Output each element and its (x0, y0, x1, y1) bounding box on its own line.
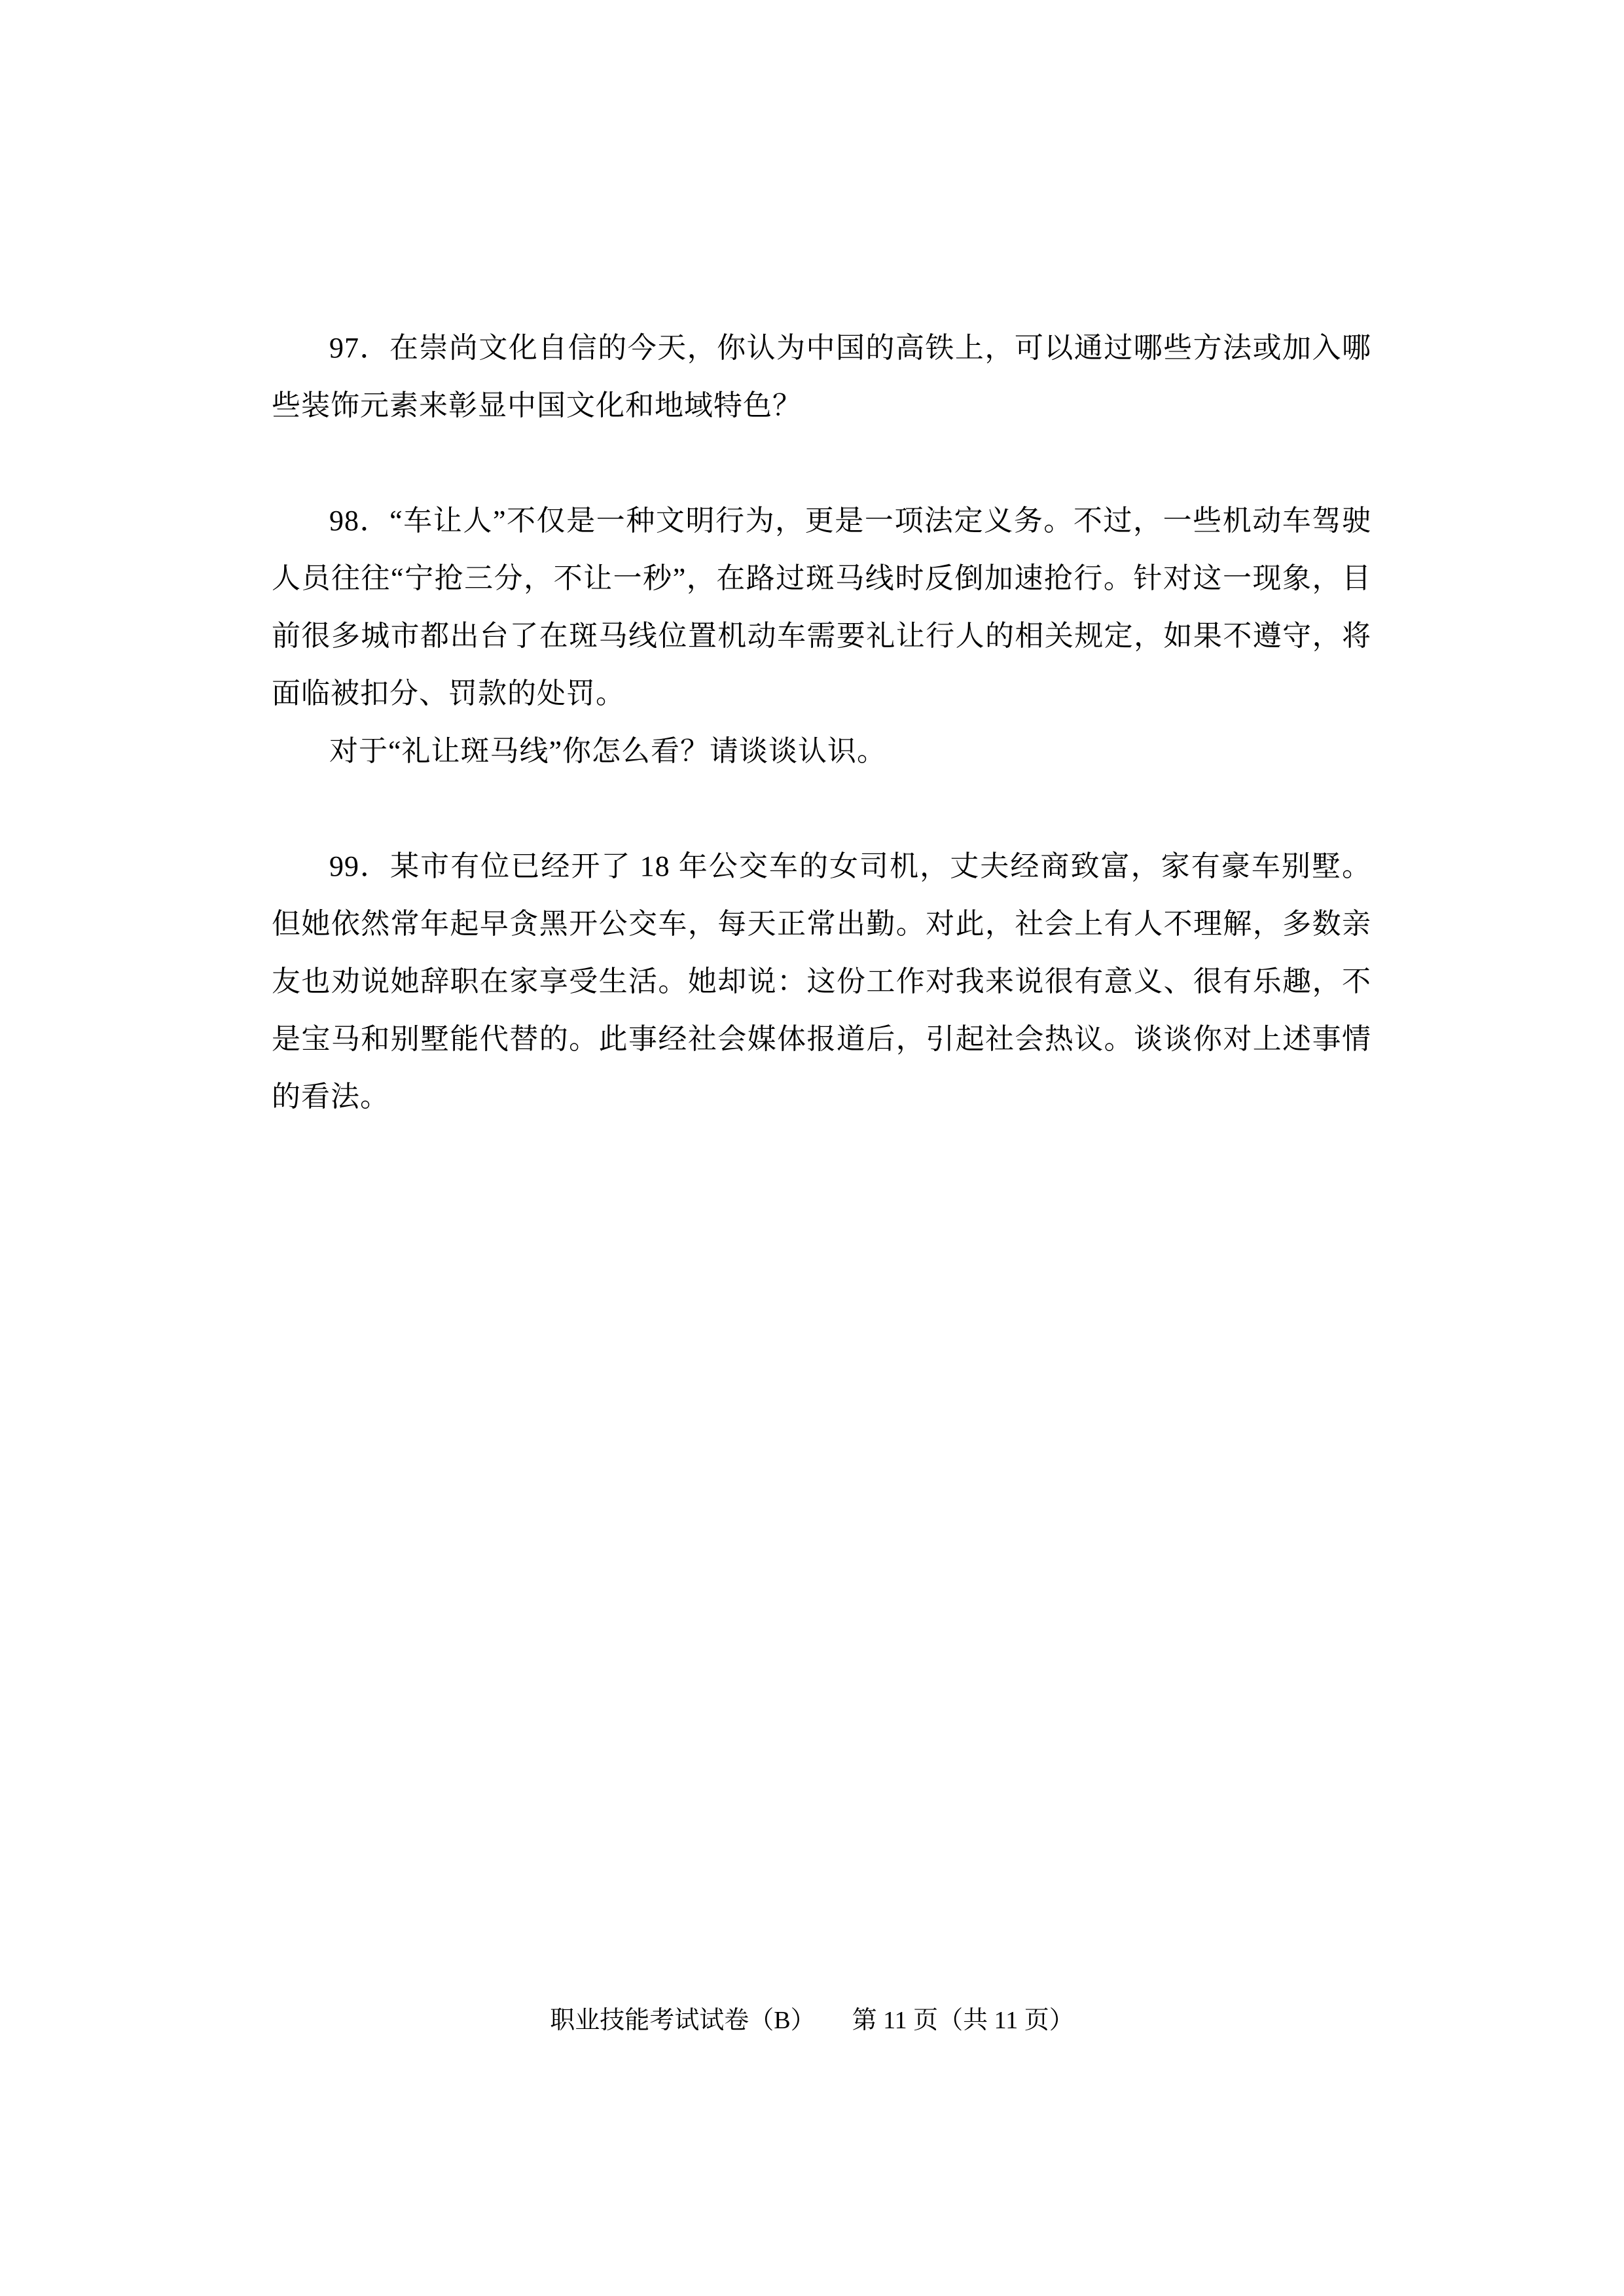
question-97: 97．在崇尚文化自信的今天，你认为中国的高铁上，可以通过哪些方法或加入哪些装饰元… (272, 319, 1371, 435)
questions-section: 97．在崇尚文化自信的今天，你认为中国的高铁上，可以通过哪些方法或加入哪些装饰元… (272, 319, 1371, 1126)
question-98-prompt: 对于“礼让斑马线”你怎么看？请谈谈认识。 (272, 723, 1371, 780)
exam-paper-page: 97．在崇尚文化自信的今天，你认为中国的高铁上，可以通过哪些方法或加入哪些装饰元… (0, 0, 1624, 2296)
question-99: 99．某市有位已经开了 18 年公交车的女司机，丈夫经商致富，家有豪车别墅。但她… (272, 838, 1371, 1126)
question-98: 98．“车让人”不仅是一种文明行为，更是一项法定义务。不过，一些机动车驾驶人员往… (272, 492, 1371, 723)
footer-page-number: 第 11 页（共 11 页） (852, 2007, 1074, 2034)
footer-exam-title: 职业技能考试试卷（B） (550, 2007, 815, 2034)
page-footer: 职业技能考试试卷（B）第 11 页（共 11 页） (0, 2005, 1624, 2036)
